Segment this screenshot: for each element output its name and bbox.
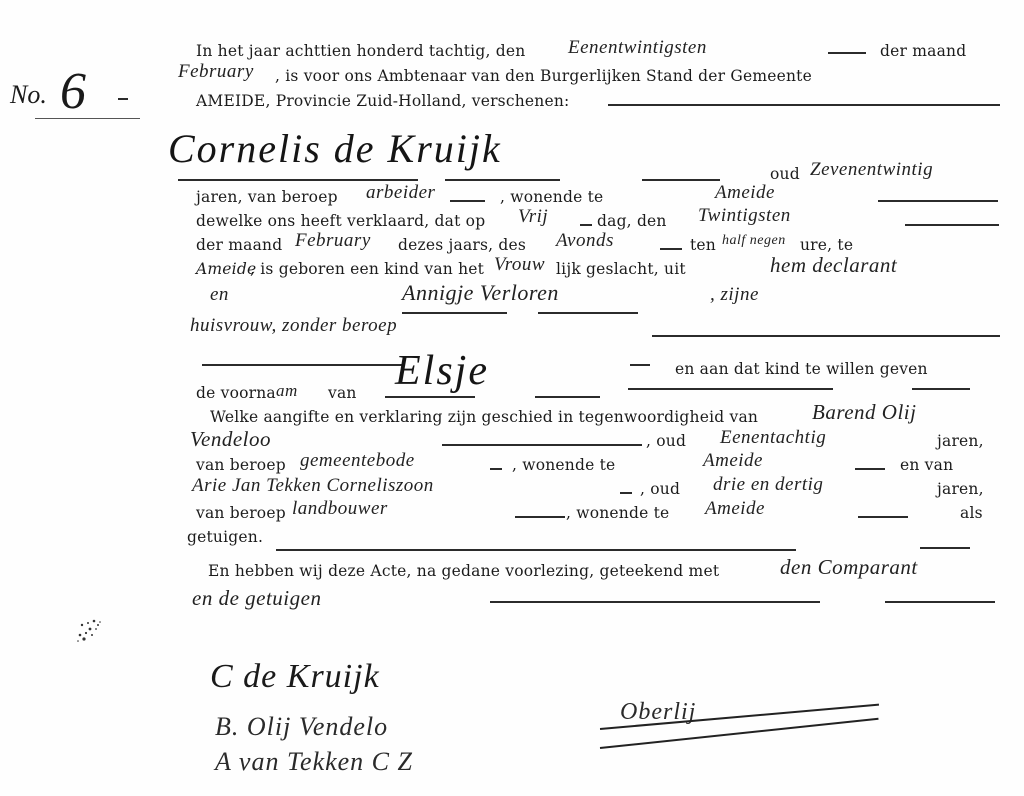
text-line-7b: dezes jaars, des <box>398 235 526 255</box>
record-number-label: No. <box>10 80 47 110</box>
fill-rule <box>660 248 682 250</box>
record-number: 6 <box>60 62 86 121</box>
number-underline <box>35 118 140 119</box>
hw-am: am <box>276 381 298 401</box>
hw-hour: half negen <box>722 231 786 251</box>
fill-rule <box>442 444 642 446</box>
ink-stamp-smudge-icon <box>70 615 120 655</box>
hw-and: en <box>210 285 229 305</box>
fill-rule <box>855 468 885 470</box>
fill-rule <box>202 364 402 366</box>
hw-residence: Ameide <box>715 183 775 203</box>
fill-rule <box>538 312 638 314</box>
text-line-8a: , is geboren een kind van het <box>250 259 484 279</box>
hw-signed-with: den Comparant <box>780 557 918 577</box>
fill-rule <box>445 179 560 181</box>
hw-witness1-residence: Ameide <box>703 451 763 471</box>
fill-rule <box>608 104 1000 106</box>
fill-rule <box>858 516 908 518</box>
fill-rule <box>642 179 720 181</box>
fill-rule <box>828 52 866 54</box>
text-line-18: getuigen. <box>187 527 263 547</box>
text-line-2: , is voor ons Ambtenaar van den Burgerli… <box>275 66 812 86</box>
text-line-3: AMEIDE, Provincie Zuid-Holland, verschen… <box>196 91 569 111</box>
text-line-17b: , wonende te <box>566 503 669 523</box>
hw-month: February <box>178 62 254 82</box>
hw-father: hem declarant <box>770 255 897 275</box>
fill-rule <box>402 312 507 314</box>
fill-rule <box>535 396 600 398</box>
text-line-5a: jaren, van beroep <box>196 187 338 207</box>
fill-rule <box>385 396 475 398</box>
fill-rule <box>885 601 995 603</box>
text-line-16a: , oud <box>640 479 680 499</box>
fill-rule <box>630 364 650 366</box>
text-line-16b: jaren, <box>937 479 984 499</box>
text-line-15c: en van <box>900 455 953 475</box>
text-line-1a: In het jaar achttien honderd tachtig, de… <box>196 41 525 61</box>
text-line-14b: jaren, <box>937 431 984 451</box>
fill-rule <box>878 200 998 202</box>
hw-his: , zijne <box>710 285 759 305</box>
hw-child-name: Elsje <box>395 348 489 394</box>
fill-rule <box>490 601 820 603</box>
text-place-italic: Ameide <box>196 259 256 279</box>
fill-rule <box>620 492 632 494</box>
text-line-8b: lijk geslacht, uit <box>556 259 686 279</box>
fill-rule <box>450 200 485 202</box>
text-line-12b: van <box>328 383 357 403</box>
fill-rule <box>652 335 1000 337</box>
text-line-7c: ten <box>690 235 716 255</box>
fill-rule <box>276 549 796 551</box>
fill-rule <box>912 388 970 390</box>
text-line-17c: als <box>960 503 983 523</box>
hw-witness2-name: Arie Jan Tekken Corneliszoon <box>192 476 434 496</box>
text-line-15b: , wonende te <box>512 455 615 475</box>
text-oud: oud <box>770 164 800 184</box>
text-line-17a: van beroep <box>196 503 286 523</box>
text-line-7a: der maand <box>196 235 282 255</box>
hw-declarant-age: Zevenentwintig <box>810 160 933 180</box>
dash <box>118 98 128 100</box>
fill-rule <box>580 224 592 226</box>
hw-witness1-age: Eenentachtig <box>720 428 826 448</box>
hw-witness2-occupation: landbouwer <box>292 499 388 519</box>
fill-rule <box>920 547 970 549</box>
hw-witness2-residence: Ameide <box>705 499 765 519</box>
hw-day-text: Eenentwintigsten <box>568 38 707 58</box>
fill-rule <box>628 388 833 390</box>
hw-witness1-surname: Vendeloo <box>190 429 271 449</box>
text-line-11: en aan dat kind te willen geven <box>675 359 928 379</box>
hw-birth-day: Twintigsten <box>698 206 791 226</box>
hw-witness1-occupation: gemeentebode <box>300 451 415 471</box>
signature-witness-2: A van Tekken C Z <box>215 745 413 779</box>
document-page: No. 6 In het jaar achttien honderd tacht… <box>0 0 1024 796</box>
signature-declarant: C de Kruijk <box>210 655 380 699</box>
text-line-6b: dag, den <box>597 211 667 231</box>
text-line-5b: , wonende te <box>500 187 603 207</box>
fill-rule <box>905 224 999 226</box>
text-line-19: En hebben wij deze Acte, na gedane voorl… <box>208 561 719 581</box>
text-line-12a: de voorna <box>196 383 276 403</box>
hw-weekday: Vrij <box>518 207 548 227</box>
text-line-15a: van beroep <box>196 455 286 475</box>
text-line-1b: der maand <box>880 41 966 61</box>
text-line-13: Welke aangifte en verklaring zijn geschi… <box>210 407 758 427</box>
fill-rule <box>490 468 502 470</box>
hw-declarant-name: Cornelis de Kruijk <box>168 126 502 172</box>
hw-mother-name: Annigje Verloren <box>402 283 559 303</box>
text-line-7d: ure, te <box>800 235 853 255</box>
text-line-6a: dewelke ons heeft verklaard, dat op <box>196 211 485 231</box>
hw-witness2-age: drie en dertig <box>713 475 823 495</box>
text-line-14a: , oud <box>646 431 686 451</box>
hw-birth-month: February <box>295 231 371 251</box>
signature-witness-1: B. Olij Vendelo <box>215 710 388 744</box>
hw-sex: Vrouw <box>494 255 545 275</box>
hw-witness1-name: Barend Olij <box>812 402 916 422</box>
fill-rule <box>515 516 565 518</box>
hw-occupation: arbeider <box>366 183 435 203</box>
hw-mother-occupation: huisvrouw, zonder beroep <box>190 316 397 336</box>
fill-rule <box>178 179 418 181</box>
hw-time-of-day: Avonds <box>556 231 614 251</box>
hw-and-witnesses: en de getuigen <box>192 588 321 608</box>
